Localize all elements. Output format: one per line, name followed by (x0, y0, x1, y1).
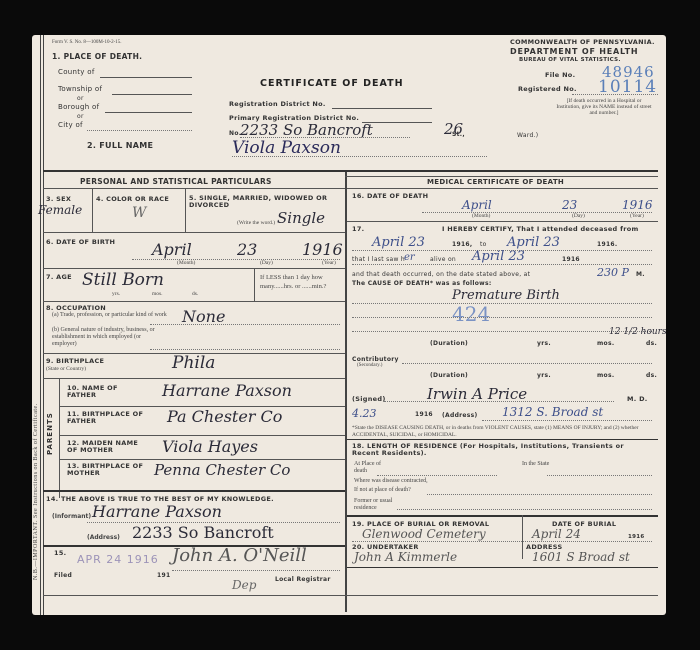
full-name-field[interactable] (232, 156, 487, 157)
divider (43, 378, 345, 379)
mother-birthplace: Penna Chester Co (154, 461, 290, 479)
mos-label: mos. (597, 372, 614, 379)
contracted-field (427, 494, 652, 495)
signature-field (384, 401, 614, 402)
city-field[interactable] (87, 130, 192, 131)
attended-from-year: 1916, (452, 241, 472, 248)
less-than-day-note: If LESS than 1 day how many......hrs. or… (260, 273, 342, 291)
duration-label: (Duration) (430, 340, 468, 347)
day-hint: (Day) (260, 260, 273, 266)
death-time: 230 P (597, 266, 629, 279)
attended-to: April 23 (507, 235, 560, 250)
divider (522, 515, 523, 559)
mos-label: mos. (597, 340, 614, 347)
column-divider (345, 172, 347, 612)
dob-field (132, 259, 340, 260)
divider (43, 232, 345, 233)
marital-hint: (Write the word.) (237, 220, 275, 226)
informant-address: 2233 So Bancroft (132, 523, 274, 542)
signed-date: 4.23 (352, 407, 377, 420)
county-label: County of (58, 68, 95, 76)
borough-field[interactable] (105, 112, 192, 113)
cause-of-death: Premature Birth (452, 288, 560, 303)
filed-label: Filed (54, 572, 72, 579)
medical-section-title: MEDICAL CERTIFICATE OF DEATH (427, 178, 564, 186)
contributory-field (402, 363, 652, 364)
hospital-note: [If death occurred in a Hospital or Inst… (554, 98, 654, 116)
burial-year: 1916 (628, 534, 645, 540)
alive-on-label: alive on (430, 256, 456, 263)
undertaker-address: 1601 S Broad st (532, 550, 630, 564)
township-label: Township of (58, 85, 102, 93)
divider (347, 439, 658, 440)
divider (347, 188, 658, 189)
attended-to-year: 1916. (597, 241, 617, 248)
ds-label: ds. (646, 372, 657, 379)
local-registrar-label: Local Registrar (275, 576, 331, 583)
divider (59, 459, 345, 460)
registrar-deputy: Dep (232, 578, 256, 592)
mother-maiden-name: Viola Hayes (162, 437, 258, 456)
informant-name: Harrane Paxson (92, 502, 222, 521)
dod-label: 16. DATE OF DEATH (352, 192, 428, 200)
registration-district-field[interactable] (332, 108, 432, 109)
divider (347, 567, 658, 568)
address-label: (Address) (442, 412, 478, 419)
residence-label: 18. LENGTH OF RESIDENCE (For Hospitals, … (352, 443, 652, 457)
father-birthplace: Pa Chester Co (167, 407, 282, 426)
township-field[interactable] (112, 94, 192, 95)
dob-month: April (152, 240, 192, 259)
month-hint: (Month) (472, 213, 490, 219)
divider (43, 268, 345, 269)
occupation-field (150, 324, 340, 325)
filed-number: 15. (54, 549, 66, 557)
mother-maiden-label: 12. MAIDEN NAME OF MOTHER (67, 440, 147, 454)
age-value: Still Born (82, 270, 164, 290)
yrs-label: yrs. (537, 372, 551, 379)
in-state-label: In the State (522, 461, 562, 468)
divider (92, 188, 93, 232)
county-field[interactable] (100, 77, 192, 78)
dob-year: 1916 (302, 240, 343, 259)
divider (43, 490, 345, 492)
certificate-title: CERTIFICATE OF DEATH (260, 78, 404, 89)
secondary-label: (Secondary.) (357, 363, 382, 368)
undertaker-name: John A Kimmerle (354, 550, 457, 564)
address-field (482, 420, 652, 421)
cause-field (352, 317, 652, 318)
year-hint: (Year) (322, 260, 336, 266)
race-label: 4. COLOR OR RACE (96, 195, 169, 203)
filed-stamp: APR 24 1916 (77, 553, 159, 566)
occupation-b-label: (b) General nature of industry, business… (52, 327, 167, 348)
department-heading: DEPARTMENT OF HEALTH (510, 47, 638, 56)
marital-label: 5. SINGLE, MARRIED, WIDOWED OR DIVORCED (189, 195, 339, 209)
header-divider (43, 170, 658, 172)
registered-no-field (572, 94, 658, 95)
state-country-hint: (State or Country) (46, 366, 86, 372)
cause-label: The CAUSE OF DEATH* was as follows: (352, 280, 492, 287)
sex-label: 3. SEX (46, 195, 71, 203)
ward-value: 26 (444, 120, 463, 138)
contributory-label: Contributory (352, 356, 399, 363)
cause-footnote: *State the DISEASE CAUSING DEATH, or in … (352, 425, 654, 438)
in-state-field (547, 475, 652, 476)
occupation-label: 8. OCCUPATION (46, 304, 106, 312)
age-label: 7. AGE (46, 273, 72, 281)
father-birthplace-label: 11. BIRTHPLACE OF FATHER (67, 411, 147, 425)
full-name-label: 2. FULL NAME (87, 141, 153, 150)
marital-value: Single (277, 209, 325, 227)
former-residence-field (397, 509, 652, 510)
duration-value: 12 1/2 hours (609, 327, 666, 337)
full-name: Viola Paxson (232, 138, 341, 158)
informant-label: (Informant) (52, 513, 91, 520)
to-label: to (480, 241, 487, 248)
signed-year: 1916 (415, 411, 433, 418)
city-label: City of (58, 121, 83, 129)
divider (347, 221, 658, 222)
or-text: or (77, 95, 84, 102)
burial-place: Glenwood Cemetery (362, 527, 486, 541)
attended-from: April 23 (372, 235, 425, 250)
margin-rule (43, 35, 44, 615)
last-saw-pronoun: er (404, 252, 415, 263)
birthplace-label: 9. BIRTHPLACE (46, 357, 104, 365)
divider (59, 378, 60, 498)
death-certificate: N.B.—IMPORTANT. See Instructions on Back… (32, 35, 666, 615)
registered-no-label: Registered No. (518, 85, 577, 93)
address-label: (Address) (87, 534, 120, 541)
physician-address: 1312 S. Broad st (502, 405, 603, 419)
duration-label: (Duration) (430, 372, 468, 379)
at-place-field (377, 475, 497, 476)
cause-field (352, 303, 652, 304)
at-place-label: At Place of death (354, 461, 394, 475)
day-hint: (Day) (572, 213, 585, 219)
sex-value: Female (38, 203, 82, 217)
personal-section-title: PERSONAL AND STATISTICAL PARTICULARS (80, 177, 272, 186)
yrs-label: yrs. (537, 340, 551, 347)
mos-unit: mos. (152, 291, 163, 297)
month-hint: (Month) (177, 260, 195, 266)
dob-label: 6. DATE OF BIRTH (46, 238, 115, 246)
filed-year-prefix: 191 (157, 572, 170, 579)
divider (345, 176, 658, 177)
file-no-label: File No. (545, 71, 575, 79)
contracted-label: Where was disease contracted, (354, 478, 428, 484)
yrs-unit: yrs. (112, 291, 120, 297)
divider (185, 188, 186, 232)
dob-day: 23 (237, 240, 257, 259)
divider (254, 268, 255, 301)
alive-on-date: April 23 (472, 249, 525, 264)
burial-date: April 24 (532, 527, 581, 541)
father-name-label: 10. NAME OF FATHER (67, 385, 147, 399)
dod-month: April (462, 198, 492, 212)
signed-label: (Signed) (352, 395, 386, 403)
year-hint: (Year) (630, 213, 644, 219)
divider (347, 515, 658, 517)
ward-label: Ward.) (517, 132, 538, 139)
occupation-field (150, 349, 340, 350)
parents-label: PARENTS (46, 412, 54, 455)
m-label: M. (636, 271, 645, 278)
burial-field (352, 541, 652, 542)
divider (43, 188, 345, 189)
margin-rule (40, 35, 41, 615)
occupation-a-label: (a) Trade, profession, or particular kin… (52, 312, 167, 319)
commonwealth-heading: COMMONWEALTH OF PENNSYLVANIA. (510, 38, 655, 46)
race-value: W (132, 205, 146, 221)
place-of-death-label: 1. PLACE OF DEATH. (52, 52, 142, 61)
divider (43, 301, 345, 302)
mother-birthplace-label: 13. BIRTHPLACE OF MOTHER (67, 463, 147, 477)
divider (59, 435, 345, 436)
md-label: M. D. (627, 395, 648, 403)
last-saw-label: that I last saw h (352, 256, 405, 263)
cause-code: 424 (452, 302, 490, 326)
registrar-field (172, 570, 340, 571)
birthplace-value: Phila (172, 353, 215, 373)
certify-text: I HEREBY CERTIFY, That I attended deceas… (442, 225, 639, 233)
form-number: Form V. S. No. 8—100M-10-2-15. (52, 40, 122, 45)
dod-day: 23 (562, 198, 577, 212)
borough-label: Borough of (58, 103, 99, 111)
ds-unit: ds. (192, 291, 198, 297)
bottom-rule (43, 595, 658, 596)
registrar-signature: John A. O'Neill (172, 545, 307, 566)
cause-field (352, 331, 652, 332)
certify-number: 17. (352, 225, 364, 233)
registration-district-label: Registration District No. (229, 100, 326, 108)
not-place-label: If not at place of death? (354, 487, 411, 493)
death-time-text: and that death occurred, on the date sta… (352, 271, 530, 278)
ds-label: ds. (646, 340, 657, 347)
alive-on-year: 1916 (562, 256, 580, 263)
alive-field (352, 264, 652, 265)
or-text: or (77, 113, 84, 120)
dod-year: 1916 (622, 198, 653, 212)
father-name: Harrane Paxson (162, 381, 292, 400)
margin-instructions: N.B.—IMPORTANT. See Instructions on Back… (33, 403, 39, 580)
dod-field (422, 212, 652, 213)
